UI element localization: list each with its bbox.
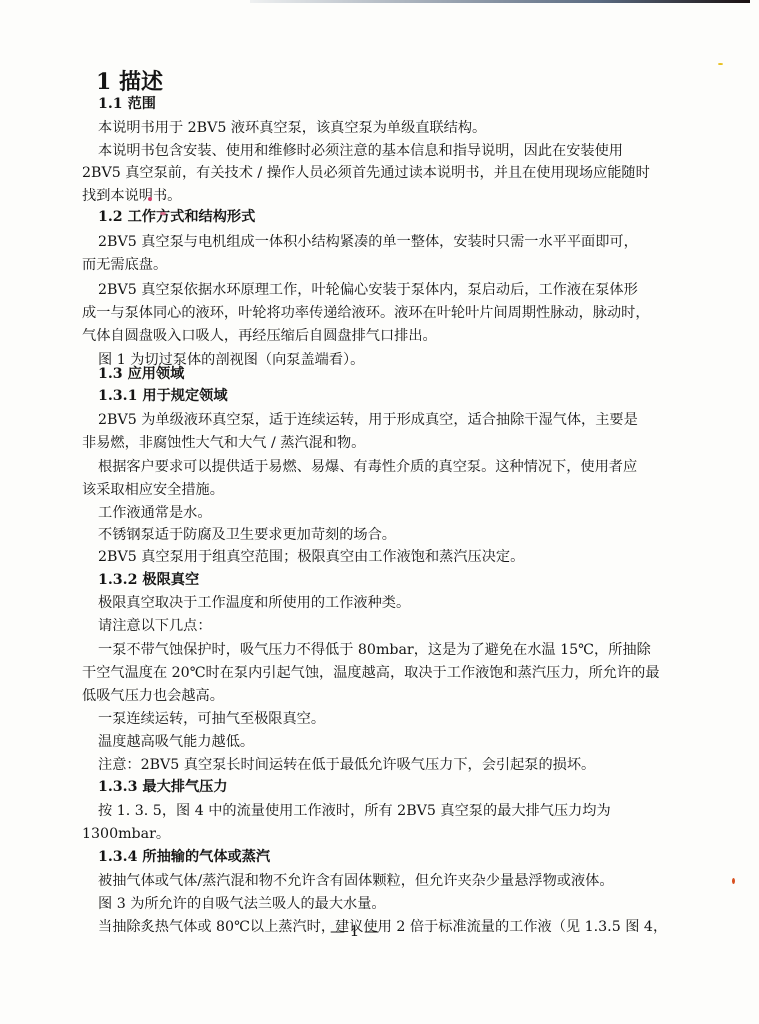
page-number: — 1 — [330,922,379,940]
paragraph-line: 低吸气压力也会越高。 [82,686,224,706]
section-heading: 1.3.3 最大排气压力 [98,777,228,797]
scan-mark [718,63,723,65]
paragraph-line: 2BV5 真空泵与电机组成一体积小结构紧凑的单一整体，安装时只需一水平平面即可， [98,232,638,252]
section-heading: 1.3 应用领域 [98,364,184,384]
paragraph-line: 找到本说明书。 [82,186,181,206]
scan-edge [250,0,750,3]
paragraph-line: 非易燃，非腐蚀性大气和大气 / 蒸汽混和物。 [82,433,365,453]
paragraph-line: 成一与泵体同心的液环，叶轮将功率传递给液环。液环在叶轮叶片间周期性脉动，脉动时， [82,303,650,323]
section-heading: 1.3.2 极限真空 [98,570,199,590]
paragraph-line: 一泵不带气蚀保护时，吸气压力不得低于 80mbar，这是为了避免在水温 15℃，… [98,640,651,660]
paragraph-line: 注意：2BV5 真空泵长时间运转在低于最低允许吸气压力下，会引起泵的损坏。 [98,755,595,775]
paragraph-line: 该采取相应安全措施。 [82,480,224,500]
paragraph-line: 根据客户要求可以提供适于易燃、易爆、有毒性介质的真空泵。这种情况下，使用者应 [98,457,637,477]
paragraph-line: 请注意以下几点： [98,616,212,636]
paragraph-line: 一泵连续运转，可抽气至极限真空。 [98,709,325,729]
scan-mark [148,197,152,201]
paragraph-line: 被抽气体或气体/蒸汽混和物不允许含有固体颗粒，但允许夹杂少量悬浮物或液体。 [98,871,614,891]
paragraph-line: 2BV5 真空泵前，有关技术 / 操作人员必须首先通过读本说明书，并且在使用现场… [82,163,650,183]
chapter-heading: 1 描述 [96,68,163,96]
paragraph-line: 工作液通常是水。 [98,503,212,523]
paragraph-line: 2BV5 真空泵用于组真空范围；极限真空由工作液饱和蒸汽压决定。 [98,547,524,567]
paragraph-line: 按 1. 3. 5，图 4 中的流量使用工作液时，所有 2BV5 真空泵的最大排… [98,801,611,821]
paragraph-line: 本说明书用于 2BV5 液环真空泵，该真空泵为单级直联结构。 [98,118,486,138]
section-heading: 1.3.1 用于规定领域 [98,386,228,406]
section-heading: 1.2 工作方式和结构形式 [98,207,255,227]
paragraph-line: 本说明书包含安装、使用和维修时必须注意的基本信息和指导说明，因此在安装使用 [98,141,623,161]
paragraph-line: 温度越高吸气能力越低。 [98,732,254,752]
paragraph-line: 当抽除炙热气体或 80℃以上蒸汽时，建议使用 2 倍于标准流量的工作液（见 1.… [98,917,667,937]
paragraph-line: 干空气温度在 20℃时在泵内引起气蚀，温度越高，取决于工作液饱和蒸汽压力，所允许… [82,663,660,683]
paragraph-line: 而无需底盘。 [82,255,167,275]
paragraph-line: 图 3 为所允许的自吸气法兰吸人的最大水量。 [98,894,386,914]
paragraph-line: 气体自圆盘吸入口吸人，再经压缩后自圆盘排气口排出。 [82,326,437,346]
section-heading: 1.1 范围 [98,94,156,114]
scan-mark [732,878,735,884]
paragraph-line: 1300mbar。 [82,824,170,844]
paragraph-line: 2BV5 为单级液环真空泵，适于连续运转，用于形成真空，适合抽除干湿气体，主要是 [98,410,638,430]
scan-mark [160,212,166,215]
paragraph-line: 极限真空取决于工作温度和所使用的工作液种类。 [98,593,410,613]
paragraph-line: 2BV5 真空泵依据水环原理工作，叶轮偏心安装于泵体内，泵启动后，工作液在泵体形 [98,280,638,300]
section-heading: 1.3.4 所抽输的气体或蒸汽 [98,847,270,867]
paragraph-line: 不锈钢泵适于防腐及卫生要求更加苛刻的场合。 [98,525,396,545]
